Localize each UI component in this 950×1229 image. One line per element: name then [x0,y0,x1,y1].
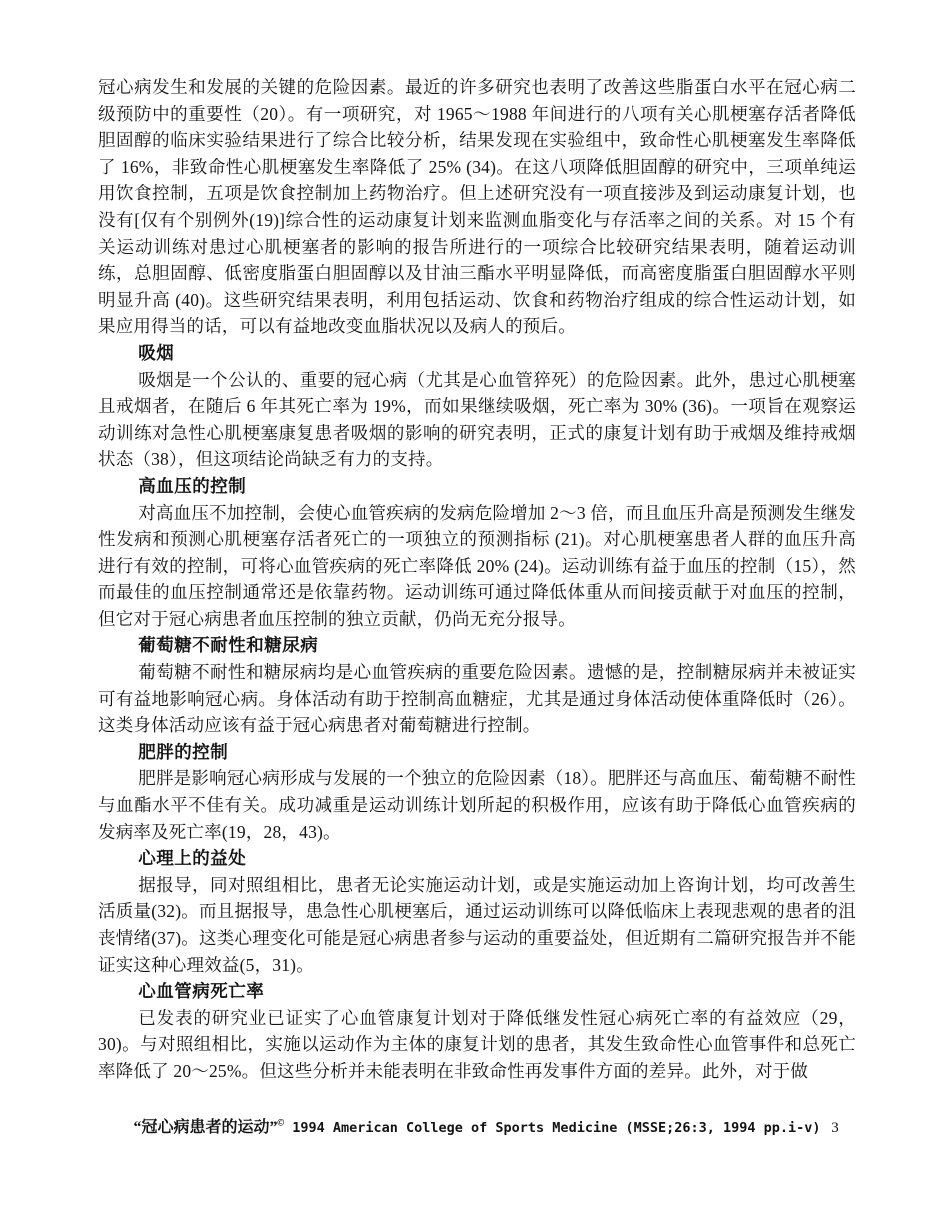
footer-citation: 1994 American College of Sports Medicine… [284,1120,820,1136]
section-heading: 高血压的控制 [98,473,856,500]
paragraph: 对高血压不加控制，会使心血管疾病的发病危险增加 2～3 倍，而且血压升高是预测发… [98,500,856,633]
section-heading: 吸烟 [98,340,856,367]
paragraph: 葡萄糖不耐性和糖尿病均是心血管疾病的重要危险因素。遗憾的是，控制糖尿病并未被证实… [98,659,856,739]
page-number: 3 [820,1120,850,1137]
paragraph: 已发表的研究业已证实了心血管康复计划对于降低继发性冠心病死亡率的有益效应（29，… [98,1005,856,1085]
document-page: 冠心病发生和发展的关键的危险因素。最近的许多研究也表明了改善这些脂蛋白水平在冠心… [0,0,950,1229]
paragraph: 冠心病发生和发展的关键的危险因素。最近的许多研究也表明了改善这些脂蛋白水平在冠心… [98,74,856,340]
document-body: 冠心病发生和发展的关键的危险因素。最近的许多研究也表明了改善这些脂蛋白水平在冠心… [98,74,856,1085]
paragraph: 肥胖是影响冠心病形成与发展的一个独立的危险因素（18）。肥胖还与高血压、葡萄糖不… [98,765,856,845]
section-heading: 心理上的益处 [98,845,856,872]
footer-document-title: “冠心病患者的运动” [133,1119,277,1136]
paragraph: 据报导，同对照组相比，患者无论实施运动计划，或是实施运动加上咨询计划，均可改善生… [98,872,856,978]
section-heading: 心血管病死亡率 [98,978,856,1005]
page-footer: “冠心病患者的运动”© 1994 American College of Spo… [98,1112,856,1139]
section-heading: 葡萄糖不耐性和糖尿病 [98,632,856,659]
section-heading: 肥胖的控制 [98,739,856,766]
paragraph: 吸烟是一个公认的、重要的冠心病（尤其是心血管猝死）的危险因素。此外，患过心肌梗塞… [98,367,856,473]
